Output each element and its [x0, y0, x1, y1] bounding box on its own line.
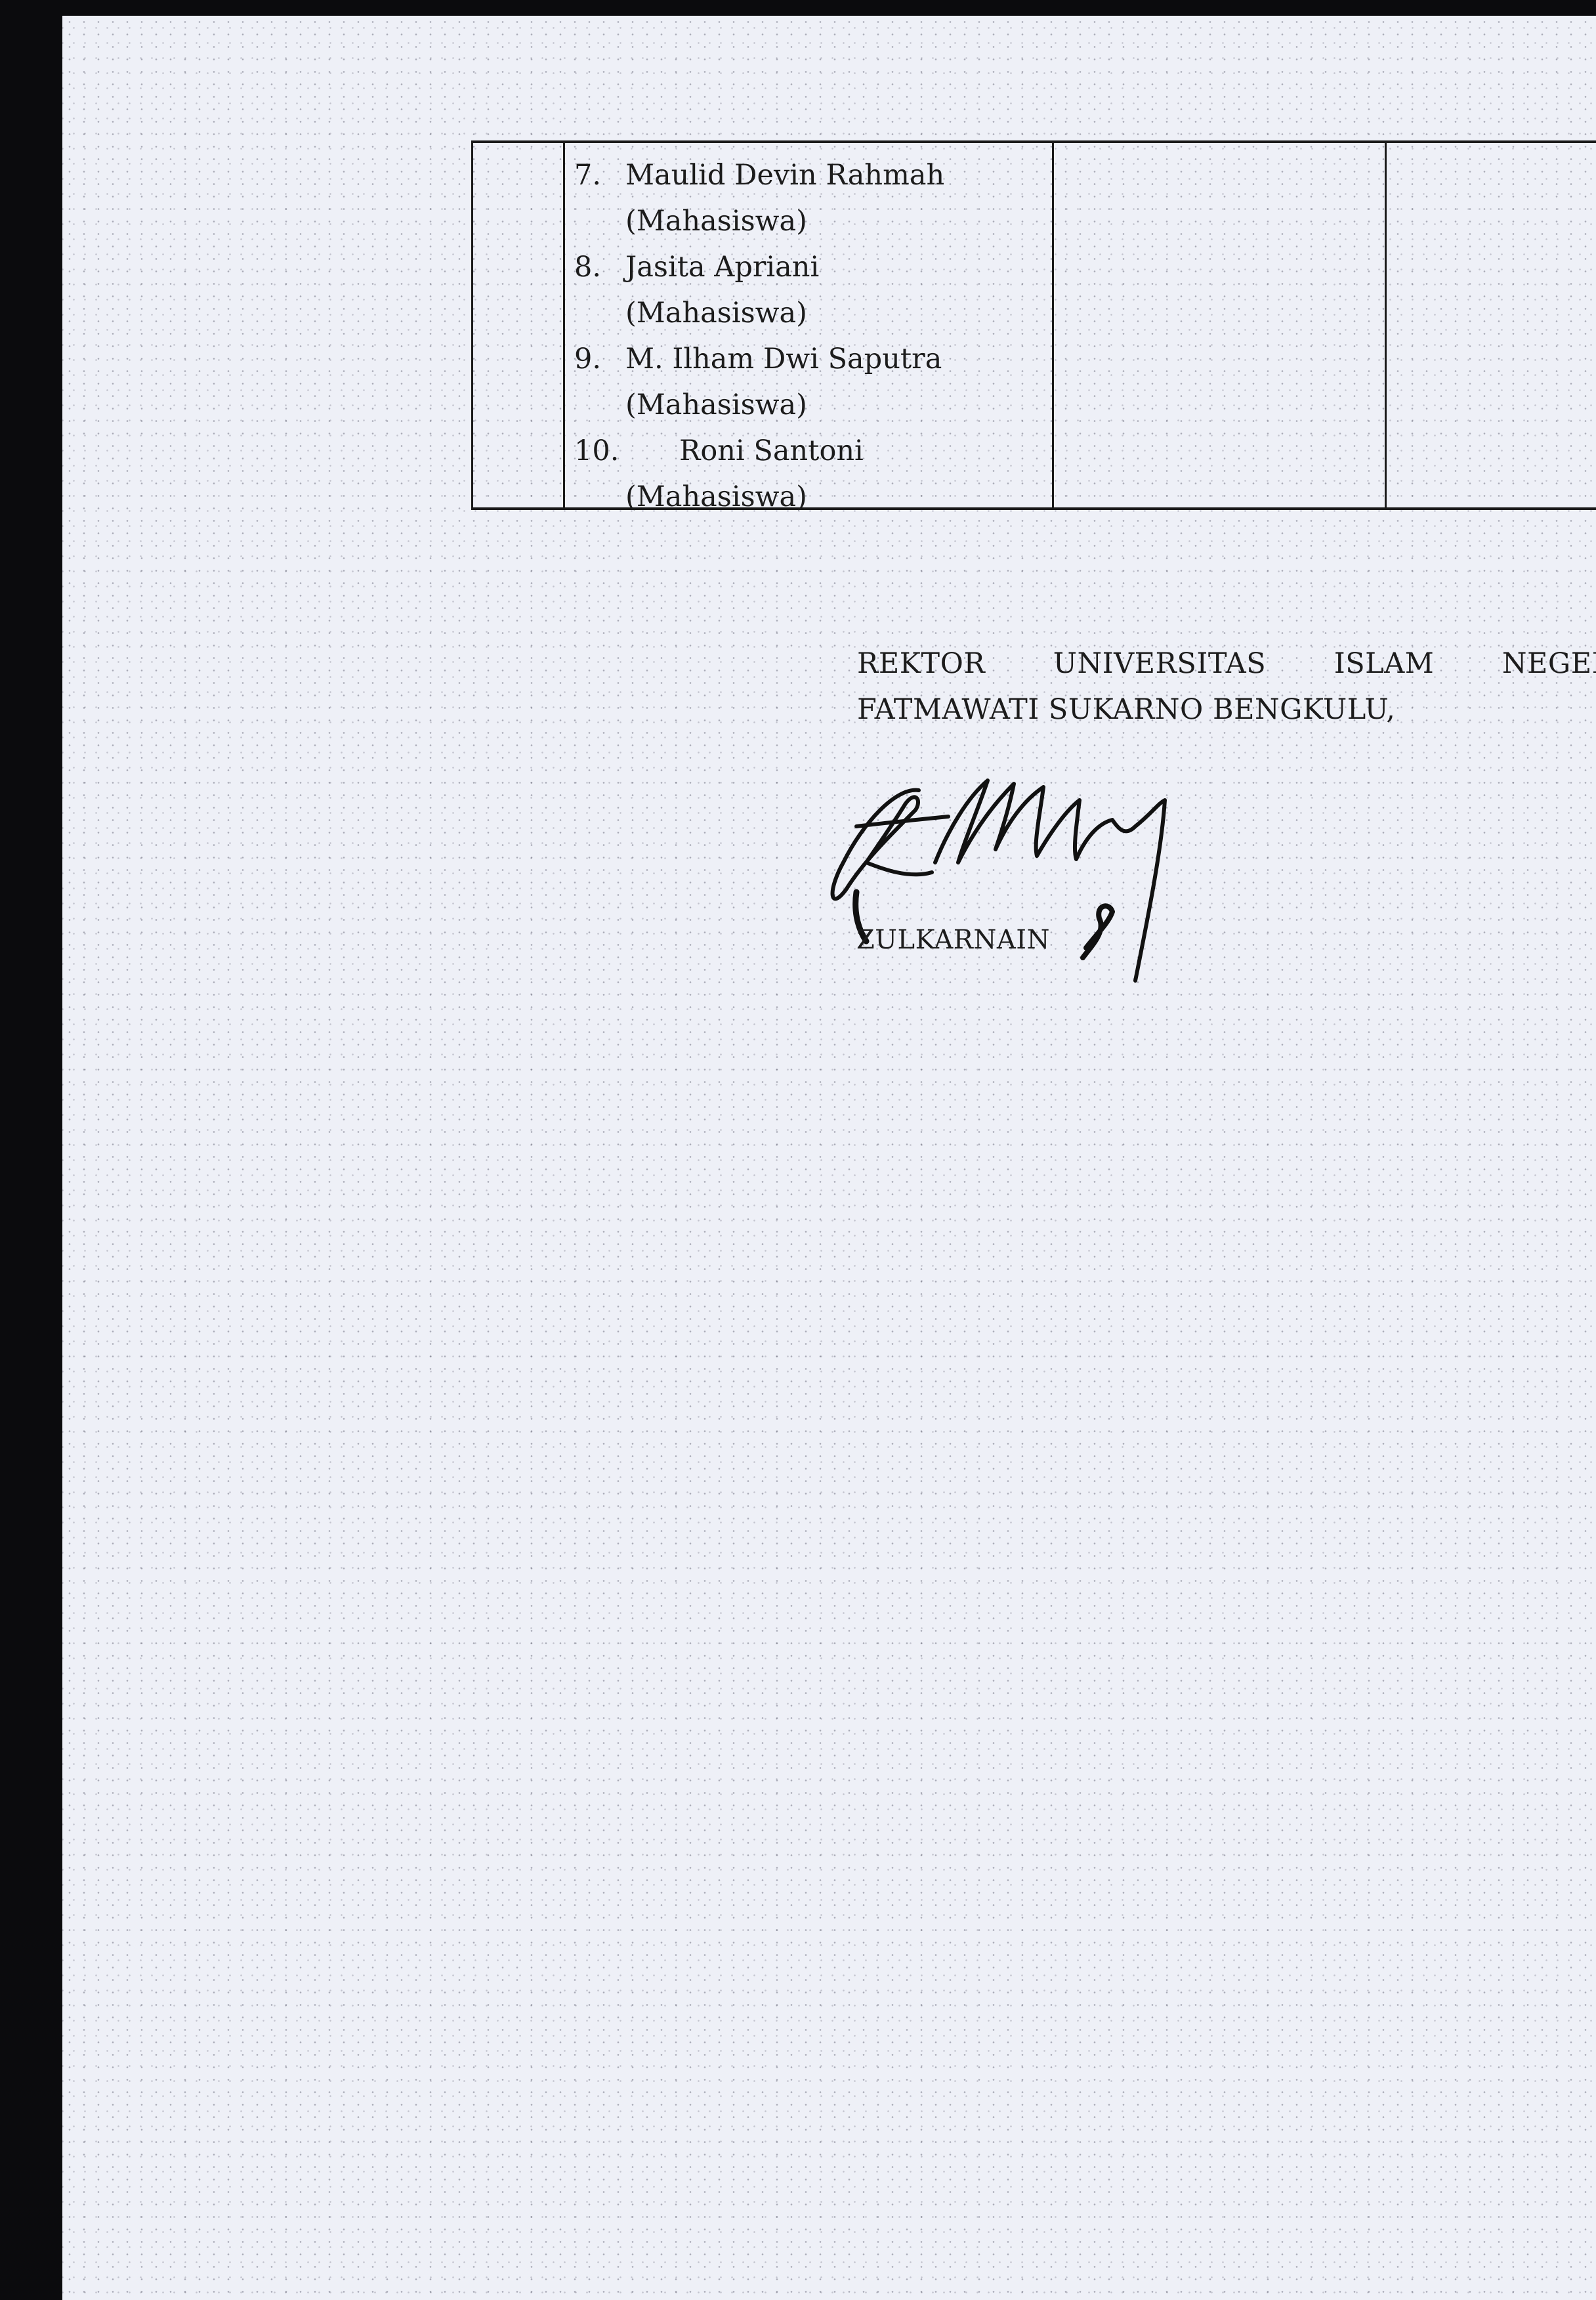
member-table: 7.Maulid Devin Rahmah (Mahasiswa) 8.Jasi… — [471, 140, 1596, 510]
signature-icon — [817, 764, 1224, 1000]
list-item: 7.Maulid Devin Rahmah (Mahasiswa) — [574, 152, 1052, 244]
item-number: 7. — [574, 152, 625, 198]
signatory-title-line2: FATMAWATI SUKARNO BENGKULU, — [857, 687, 1596, 733]
scanned-page: 7.Maulid Devin Rahmah (Mahasiswa) 8.Jasi… — [62, 16, 1596, 2300]
table-column-number — [473, 143, 565, 507]
signatory-title: REKTOR UNIVERSITAS ISLAM NEGERI FATMAWAT… — [857, 641, 1596, 733]
table-column-members: 7.Maulid Devin Rahmah (Mahasiswa) 8.Jasi… — [565, 143, 1054, 507]
member-name: Maulid Devin Rahmah — [625, 159, 944, 192]
list-item: 10.Roni Santoni (Mahasiswa) — [574, 428, 1052, 520]
member-list: 7.Maulid Devin Rahmah (Mahasiswa) 8.Jasi… — [565, 143, 1052, 520]
item-number: 8. — [574, 244, 625, 290]
member-name: Roni Santoni — [679, 435, 864, 467]
table-column-empty-2 — [1387, 143, 1596, 507]
item-number: 10. — [574, 428, 679, 474]
title-word: UNIVERSITAS — [1053, 641, 1266, 687]
member-role: (Mahasiswa) — [574, 474, 1052, 520]
title-word: ISLAM — [1334, 641, 1435, 687]
member-name: M. Ilham Dwi Saputra — [625, 343, 942, 375]
member-role: (Mahasiswa) — [574, 198, 1052, 244]
signatory-title-line1: REKTOR UNIVERSITAS ISLAM NEGERI — [857, 641, 1596, 687]
item-number: 9. — [574, 336, 625, 382]
member-role: (Mahasiswa) — [574, 382, 1052, 428]
list-item: 9.M. Ilham Dwi Saputra (Mahasiswa) — [574, 336, 1052, 428]
list-item: 8.Jasita Apriani (Mahasiswa) — [574, 244, 1052, 336]
title-word: NEGERI — [1502, 641, 1596, 687]
table-column-empty-1 — [1054, 143, 1387, 507]
title-word: REKTOR — [857, 641, 985, 687]
member-role: (Mahasiswa) — [574, 290, 1052, 336]
member-name: Jasita Apriani — [625, 251, 819, 284]
signatory-name: ZULKARNAIN — [856, 925, 1050, 955]
